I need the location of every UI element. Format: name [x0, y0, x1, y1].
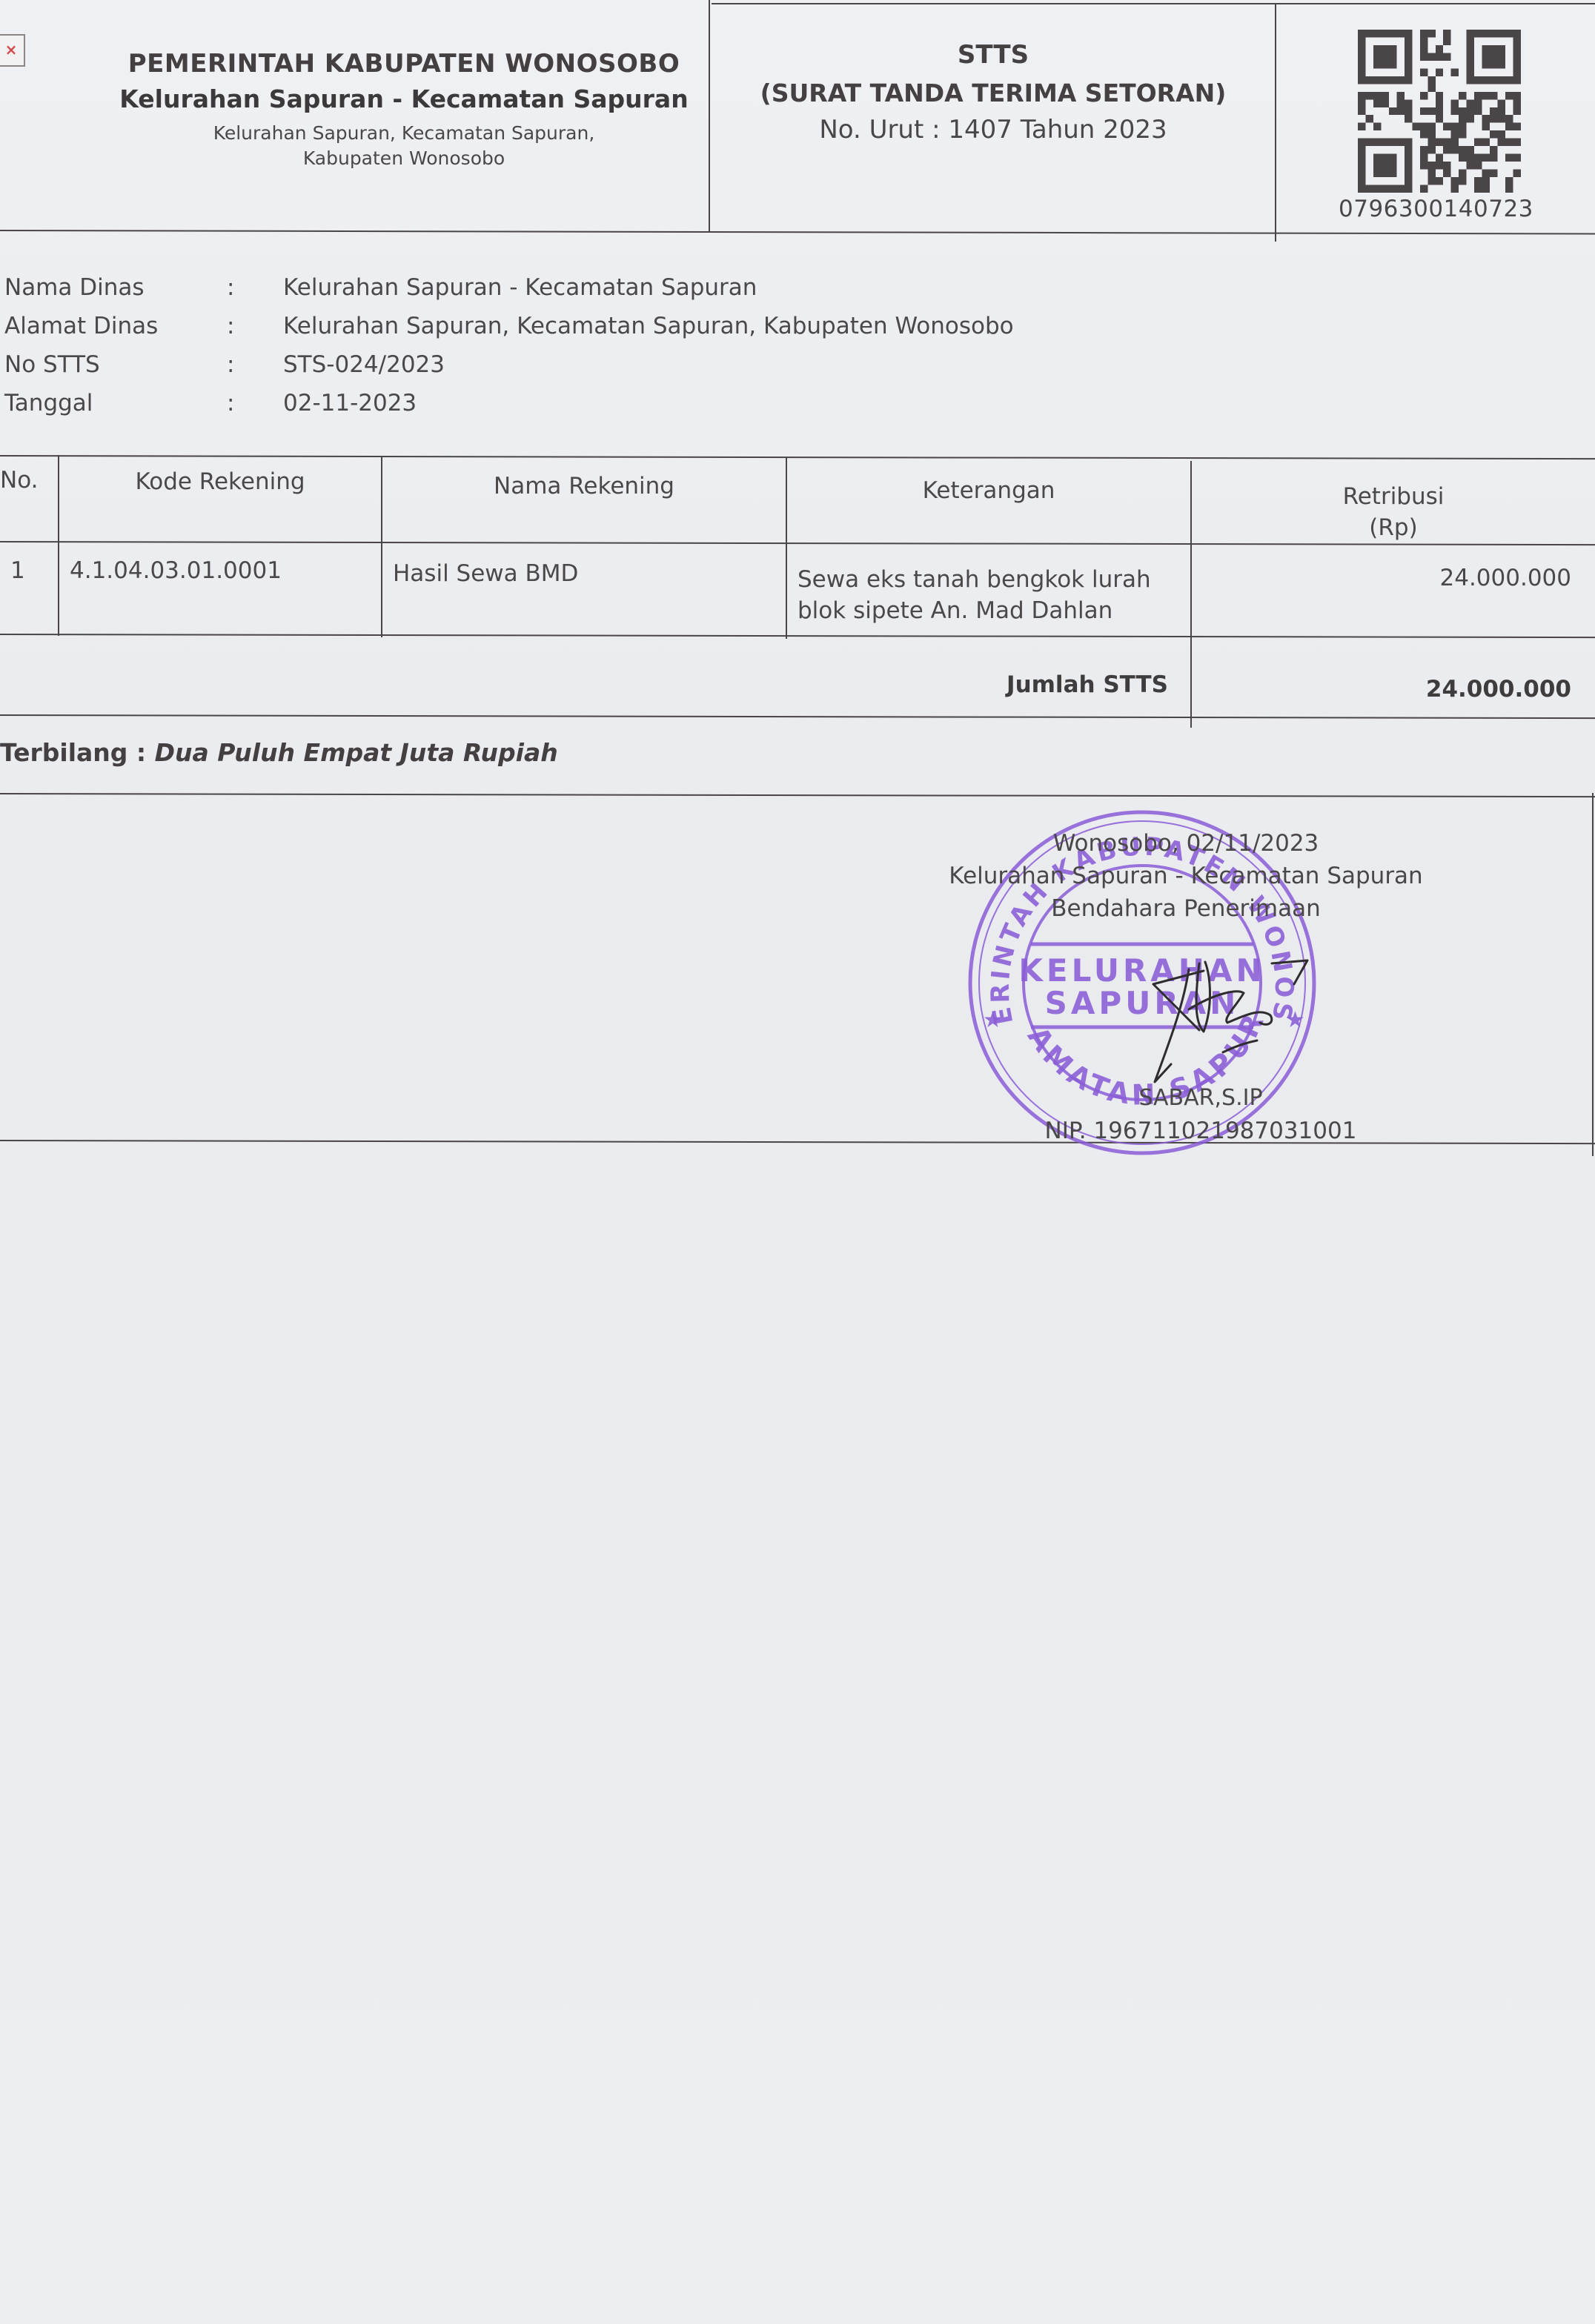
document-title: STTS — [712, 40, 1275, 70]
table-header-bottom-border — [0, 541, 1595, 545]
org-address: Kelurahan Sapuran, Kecamatan Sapuran, Ka… — [111, 121, 697, 171]
info-colon: : — [227, 390, 283, 416]
info-colon: : — [227, 351, 283, 378]
info-colon: : — [227, 274, 283, 301]
org-subtitle: Kelurahan Sapuran - Kecamatan Sapuran — [111, 84, 697, 113]
document-title-block: STTS (SURAT TANDA TERIMA SETORAN) No. Ur… — [712, 40, 1275, 145]
qr-number: 0796300140723 — [1339, 196, 1521, 222]
organization-header: PEMERINTAH KABUPATEN WONOSOBO Kelurahan … — [111, 49, 697, 171]
total-value: 24.000.000 — [1192, 676, 1571, 703]
header-kode-rekening: Kode Rekening — [59, 468, 381, 495]
header-bottom-border — [0, 230, 1595, 235]
terbilang-value: Dua Puluh Empat Juta Rupiah — [155, 738, 558, 767]
terbilang-label: Terbilang : — [0, 738, 146, 767]
document-number: No. Urut : 1407 Tahun 2023 — [712, 115, 1275, 145]
right-border — [1592, 793, 1594, 1156]
table-row-bottom-border — [0, 634, 1595, 638]
table-total-bottom-border — [0, 714, 1595, 719]
qr-code-icon — [1358, 30, 1521, 193]
info-label: Tanggal — [4, 390, 227, 416]
info-value: STS-024/2023 — [283, 351, 445, 378]
header-no: No. — [0, 467, 38, 494]
info-label: Nama Dinas — [4, 274, 227, 301]
header-nama-rekening: Nama Rekening — [382, 473, 786, 499]
info-value: Kelurahan Sapuran - Kecamatan Sapuran — [283, 274, 757, 301]
handwritten-signature-icon — [1112, 941, 1364, 1119]
info-row-alamat-dinas: Alamat Dinas : Kelurahan Sapuran, Kecama… — [4, 307, 1014, 345]
header-top-border — [712, 3, 1595, 4]
header-keterangan: Keterangan — [787, 477, 1190, 504]
table-top-border — [0, 455, 1595, 459]
document-page: × PEMERINTAH KABUPATEN WONOSOBO Keluraha… — [0, 0, 1595, 2324]
signature-block: Wonosobo, 02/11/2023 Kelurahan Sapuran -… — [919, 827, 1453, 925]
info-row-no-stts: No STTS : STS-024/2023 — [4, 345, 1014, 384]
terbilang-bottom-border — [0, 793, 1595, 797]
header-divider-1 — [709, 0, 710, 231]
info-label: Alamat Dinas — [4, 313, 227, 339]
header-divider-2 — [1275, 3, 1276, 242]
signature-office: Kelurahan Sapuran - Kecamatan Sapuran — [919, 860, 1453, 892]
info-block: Nama Dinas : Kelurahan Sapuran - Kecamat… — [4, 268, 1014, 422]
info-row-tanggal: Tanggal : 02-11-2023 — [4, 384, 1014, 422]
row-no: 1 — [10, 557, 25, 584]
header-retribusi-unit: (Rp) — [1192, 514, 1595, 541]
row-retribusi: 24.000.000 — [1192, 565, 1571, 591]
row-keterangan-line1: Sewa eks tanah bengkok lurah — [797, 566, 1151, 593]
info-row-nama-dinas: Nama Dinas : Kelurahan Sapuran - Kecamat… — [4, 268, 1014, 307]
broken-image-icon: × — [0, 34, 25, 67]
info-value: 02-11-2023 — [283, 390, 417, 416]
qr-block: 0796300140723 — [1358, 30, 1521, 222]
info-colon: : — [227, 313, 283, 339]
info-label: No STTS — [4, 351, 227, 378]
amount-in-words: Terbilang : Dua Puluh Empat Juta Rupiah — [0, 738, 558, 767]
signature-place-date: Wonosobo, 02/11/2023 — [919, 827, 1453, 860]
row-kode-rekening: 4.1.04.03.01.0001 — [70, 557, 282, 584]
svg-text:★: ★ — [983, 1007, 1003, 1033]
signatory-nip: NIP. 196711021987031001 — [964, 1118, 1438, 1144]
total-label: Jumlah STTS — [787, 671, 1168, 698]
signature-position: Bendahara Penerimaan — [919, 892, 1453, 925]
header-retribusi: Retribusi — [1192, 483, 1595, 510]
row-keterangan-line2: blok sipete An. Mad Dahlan — [797, 597, 1112, 624]
info-value: Kelurahan Sapuran, Kecamatan Sapuran, Ka… — [283, 313, 1014, 339]
document-subtitle: (SURAT TANDA TERIMA SETORAN) — [712, 79, 1275, 107]
org-title: PEMERINTAH KABUPATEN WONOSOBO — [111, 49, 697, 79]
row-nama-rekening: Hasil Sewa BMD — [393, 560, 578, 587]
